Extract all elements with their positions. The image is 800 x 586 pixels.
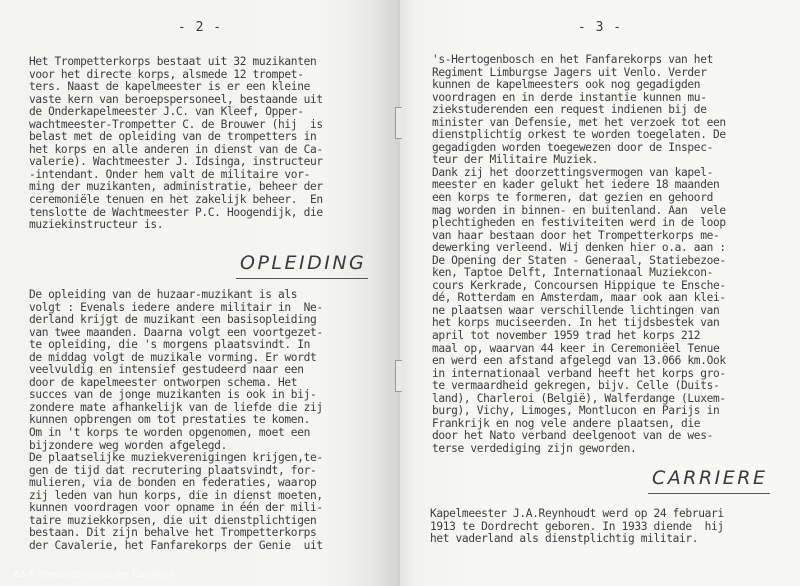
paragraph-continuation: 's-Hertogenbosch en het Fanfarekorps van… (432, 54, 726, 456)
page-number: - 3 - (400, 20, 800, 35)
image-caption-watermark: 63-6 Trompetterkorps der Cavalerie (14, 570, 174, 580)
paragraph-carriere: Kapelmeester J.A.Reynhoudt werd op 24 fe… (430, 508, 724, 546)
paragraph-trompetterkorps: Het Trompetterkorps bestaat uit 32 muzik… (29, 56, 323, 232)
section-heading-carriere: CARRIERE (648, 467, 770, 494)
left-page: - 2 - Het Trompetterkorps bestaat uit 32… (0, 0, 400, 586)
staple-icon (395, 360, 402, 392)
section-heading-opleiding: OPLEIDING (236, 252, 368, 279)
staple-icon (395, 107, 402, 139)
paragraph-opleiding: De opleiding van de huzaar-muzikant is a… (29, 289, 323, 552)
page-number: - 2 - (0, 20, 400, 35)
booklet-spread: - 2 - Het Trompetterkorps bestaat uit 32… (0, 0, 800, 586)
right-page: - 3 - 's-Hertogenbosch en het Fanfarekor… (400, 0, 800, 586)
